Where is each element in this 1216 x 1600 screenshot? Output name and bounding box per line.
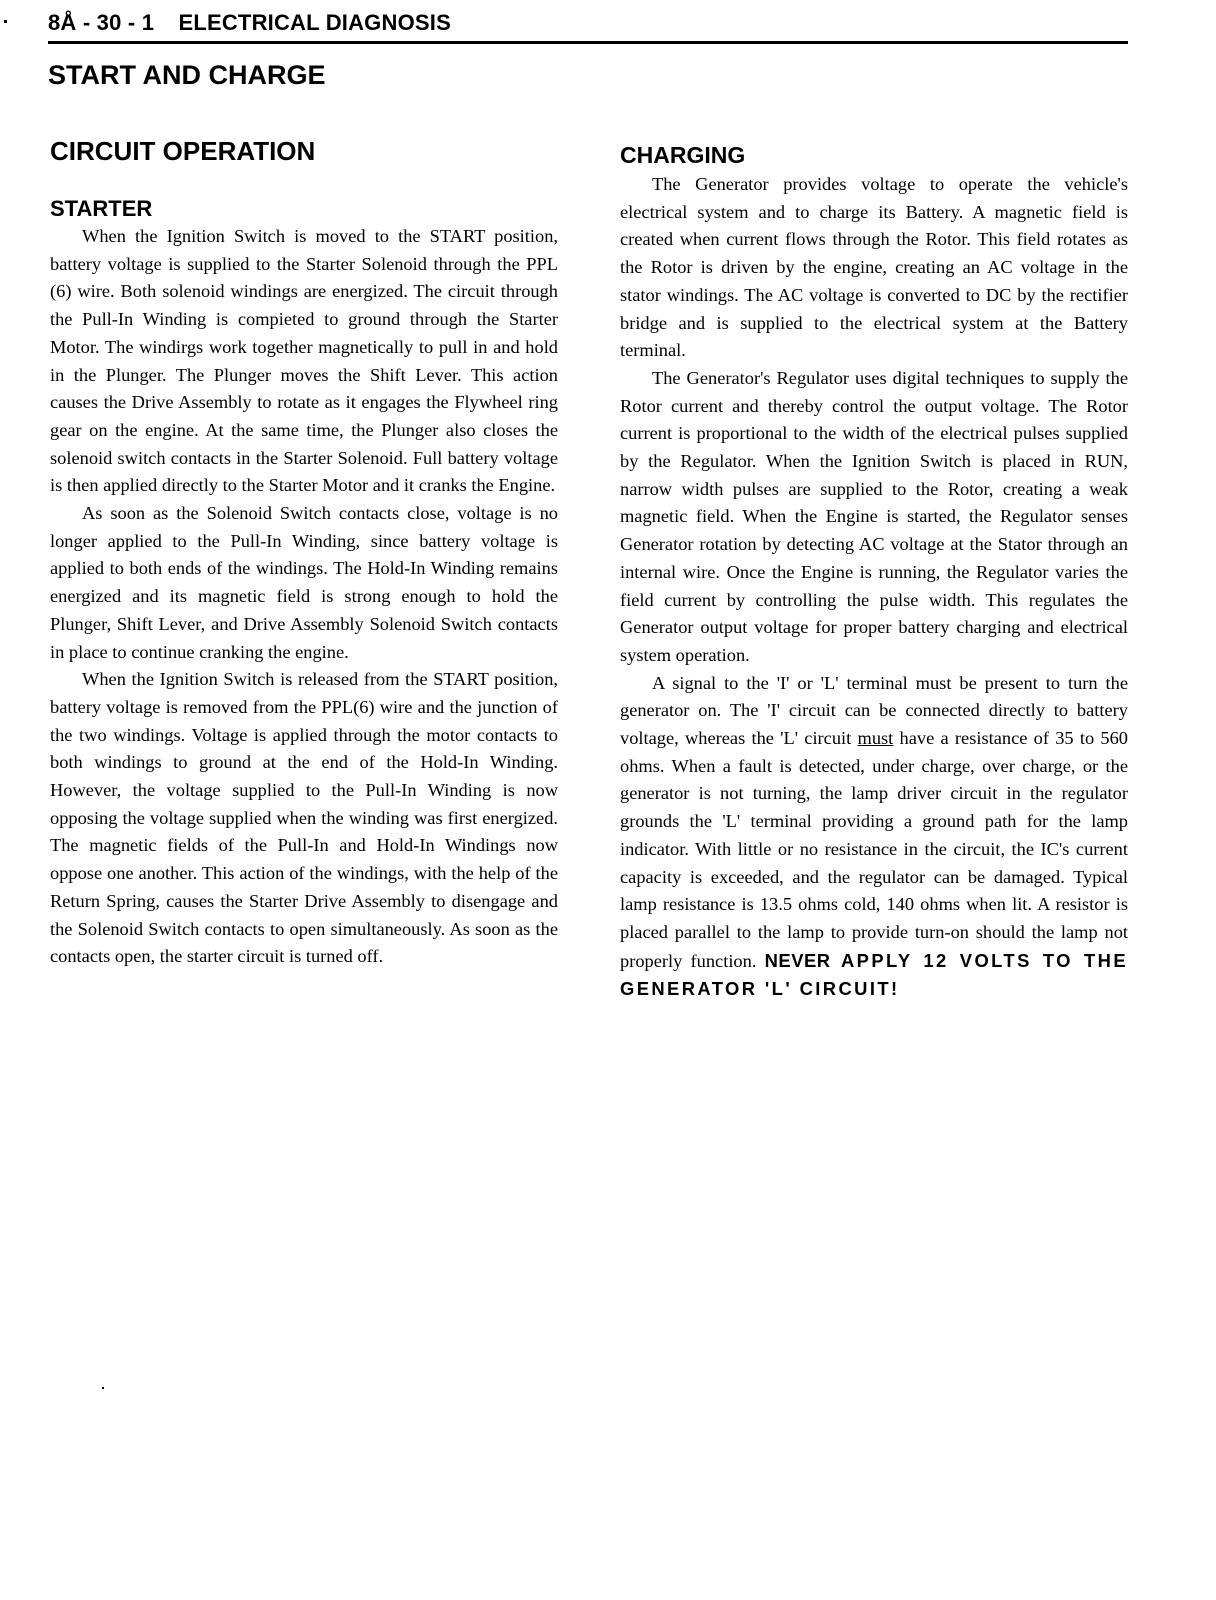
starter-paragraph-1: When the Ignition Switch is moved to the… [50,223,558,500]
header-rule [48,41,1128,44]
section-number: 8Å - 30 - 1 [48,10,154,35]
starter-paragraph-2: As soon as the Solenoid Switch contacts … [50,500,558,666]
charging-paragraph-1: The Generator provides voltage to operat… [620,171,1128,365]
scan-mark [4,20,7,23]
must-emphasis: must [858,728,894,748]
charging-paragraph-2: The Generator's Regulator uses digital t… [620,365,1128,670]
charging-paragraph-3: A signal to the 'I' or 'L' terminal must… [620,670,1128,1004]
left-column: CIRCUIT OPERATION STARTER When the Ignit… [50,135,558,971]
page-title: START AND CHARGE [48,60,326,91]
starter-paragraph-3: When the Ignition Switch is released fro… [50,666,558,971]
section-title: ELECTRICAL DIAGNOSIS [178,10,451,35]
charging-heading: CHARGING [620,141,1128,169]
signal-text-2: have a resistance of 35 to 560 ohms. Whe… [620,728,1128,971]
scan-speck [102,1387,104,1389]
right-column: CHARGING The Generator provides voltage … [620,135,1128,1004]
page-header: 8Å - 30 - 1 ELECTRICAL DIAGNOSIS [48,8,1128,38]
warning-first-word: NEVER [765,950,831,971]
circuit-operation-heading: CIRCUIT OPERATION [50,135,558,167]
starter-heading: STARTER [50,195,558,223]
running-head: 8Å - 30 - 1 ELECTRICAL DIAGNOSIS [48,8,1128,38]
